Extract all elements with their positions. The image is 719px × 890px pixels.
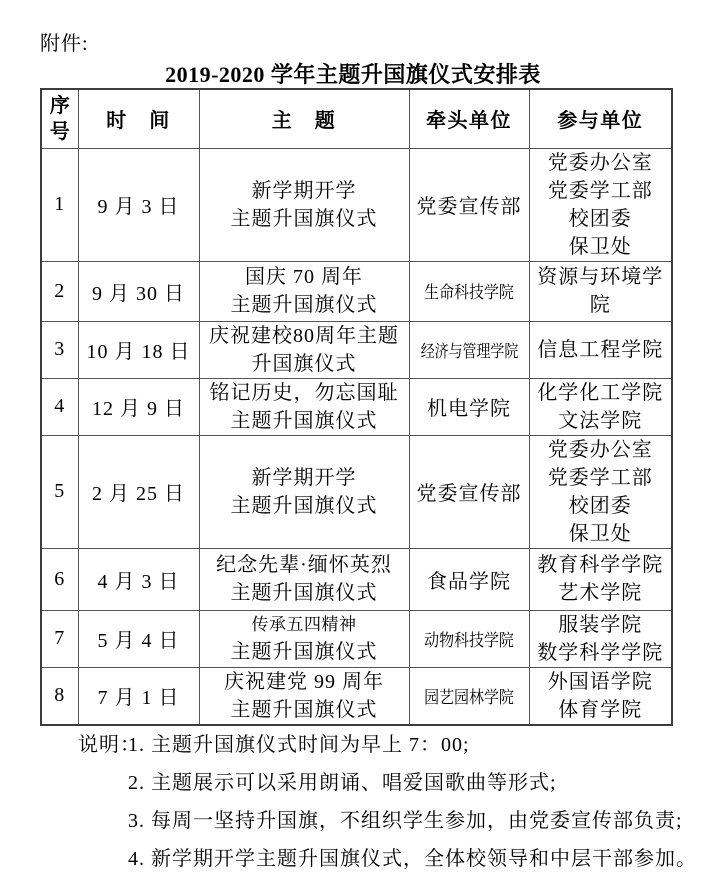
table-header-row: 序号 时 间 主 题 牵头单位 参与单位 xyxy=(41,89,672,148)
theme-line: 传承五四精神 xyxy=(200,612,409,638)
cell-theme: 纪念先辈·缅怀英烈 主题升国旗仪式 xyxy=(199,548,409,610)
cell-theme: 庆祝建党 99 周年 主题升国旗仪式 xyxy=(199,667,409,725)
note-line: 2. 主题展示可以采用朗诵、唱爱国歌曲等形式; xyxy=(78,764,697,802)
table-row: 1 9 月 3 日 新学期开学 主题升国旗仪式 党委宣传部 党委办公室 党委学工… xyxy=(41,148,672,261)
theme-line: 铭记历史，勿忘国耻 xyxy=(200,379,409,407)
cell-time: 4 月 3 日 xyxy=(78,548,199,610)
theme-line: 主题升国旗仪式 xyxy=(200,407,409,435)
cell-time: 9 月 30 日 xyxy=(78,261,199,321)
schedule-table: 序号 时 间 主 题 牵头单位 参与单位 1 9 月 3 日 新学期开学 主题升… xyxy=(40,88,673,726)
theme-line: 升国旗仪式 xyxy=(200,350,409,378)
lead-unit-text: 生命科技学院 xyxy=(424,278,514,303)
attachment-label: 附件: xyxy=(40,27,89,56)
theme-line: 主题升国旗仪式 xyxy=(200,696,409,724)
cell-lead-unit: 园艺园林学院 xyxy=(409,667,529,725)
cell-no: 5 xyxy=(41,435,78,548)
cell-no: 3 xyxy=(41,321,78,378)
participant-line: 党委办公室 xyxy=(530,436,672,464)
participant-line: 体育学院 xyxy=(530,696,672,724)
table-row: 4 12 月 9 日 铭记历史，勿忘国耻 主题升国旗仪式 机电学院 化学化工学院… xyxy=(41,378,672,435)
participant-line: 保卫处 xyxy=(530,233,672,261)
cell-participants: 教育科学学院 艺术学院 xyxy=(529,548,672,610)
theme-line: 纪念先辈·缅怀英烈 xyxy=(200,551,409,579)
cell-lead-unit: 经济与管理学院 xyxy=(409,321,529,378)
cell-theme: 传承五四精神 主题升国旗仪式 xyxy=(199,610,409,667)
cell-lead-unit: 生命科技学院 xyxy=(409,261,529,321)
theme-line: 主题升国旗仪式 xyxy=(200,492,409,520)
table-row: 2 9 月 30 日 国庆 70 周年 主题升国旗仪式 生命科技学院 资源与环境… xyxy=(41,261,672,321)
lead-unit-text: 园艺园林学院 xyxy=(424,683,514,708)
note-text: 3. 每周一坚持升国旗，不组织学生参加，由党委宣传部负责; xyxy=(128,810,683,832)
cell-lead-unit: 机电学院 xyxy=(409,378,529,435)
cell-lead-unit: 党委宣传部 xyxy=(409,435,529,548)
cell-participants: 服装学院 数学科学学院 xyxy=(529,610,672,667)
table-row: 3 10 月 18 日 庆祝建校80周年主题 升国旗仪式 经济与管理学院 信息工… xyxy=(41,321,672,378)
participant-line: 党委学工部 xyxy=(530,177,672,205)
cell-participants: 党委办公室 党委学工部 校团委 保卫处 xyxy=(529,435,672,548)
notes-label: 说明： xyxy=(78,726,128,764)
note-line: 说明：1. 主题升国旗仪式时间为早上 7：00; xyxy=(78,726,697,764)
participant-line: 党委办公室 xyxy=(530,149,672,177)
theme-line: 主题升国旗仪式 xyxy=(200,638,409,666)
table-row: 7 5 月 4 日 传承五四精神 主题升国旗仪式 动物科技学院 服装学院 数学科… xyxy=(41,610,672,667)
theme-line: 国庆 70 周年 xyxy=(200,263,409,291)
cell-theme: 铭记历史，勿忘国耻 主题升国旗仪式 xyxy=(199,378,409,435)
document-page: 附件: 2019-2020 学年主题升国旗仪式安排表 序号 时 间 主 题 牵头… xyxy=(0,0,719,890)
cell-time: 9 月 3 日 xyxy=(78,148,199,261)
cell-no: 2 xyxy=(41,261,78,321)
cell-lead-unit: 食品学院 xyxy=(409,548,529,610)
participant-line: 化学化工学院 xyxy=(530,379,672,407)
header-time: 时 间 xyxy=(78,89,199,148)
cell-participants: 化学化工学院 文法学院 xyxy=(529,378,672,435)
cell-theme: 庆祝建校80周年主题 升国旗仪式 xyxy=(199,321,409,378)
cell-no: 1 xyxy=(41,148,78,261)
cell-participants: 信息工程学院 xyxy=(529,321,672,378)
cell-lead-unit: 党委宣传部 xyxy=(409,148,529,261)
cell-theme: 新学期开学 主题升国旗仪式 xyxy=(199,435,409,548)
cell-theme: 新学期开学 主题升国旗仪式 xyxy=(199,148,409,261)
participant-line: 资源与环境学院 xyxy=(530,263,672,319)
header-theme: 主 题 xyxy=(199,89,409,148)
theme-line: 主题升国旗仪式 xyxy=(200,291,409,319)
participant-line: 保卫处 xyxy=(530,520,672,548)
note-line: 3. 每周一坚持升国旗，不组织学生参加，由党委宣传部负责; xyxy=(78,802,697,840)
cell-theme: 国庆 70 周年 主题升国旗仪式 xyxy=(199,261,409,321)
participant-line: 外国语学院 xyxy=(530,668,672,696)
theme-line: 主题升国旗仪式 xyxy=(200,579,409,607)
theme-line: 主题升国旗仪式 xyxy=(200,205,409,233)
cell-participants: 资源与环境学院 xyxy=(529,261,672,321)
cell-lead-unit: 动物科技学院 xyxy=(409,610,529,667)
participant-line: 信息工程学院 xyxy=(530,336,672,364)
cell-no: 7 xyxy=(41,610,78,667)
participant-line: 服装学院 xyxy=(530,611,672,639)
lead-unit-text: 动物科技学院 xyxy=(424,626,514,651)
participant-line: 艺术学院 xyxy=(530,579,672,607)
theme-line: 庆祝建校80周年主题 xyxy=(200,322,409,350)
lead-unit-text: 经济与管理学院 xyxy=(420,337,518,362)
cell-time: 5 月 4 日 xyxy=(78,610,199,667)
table-row: 8 7 月 1 日 庆祝建党 99 周年 主题升国旗仪式 园艺园林学院 外国语学… xyxy=(41,667,672,725)
page-title: 2019-2020 学年主题升国旗仪式安排表 xyxy=(40,58,666,89)
cell-time: 2 月 25 日 xyxy=(78,435,199,548)
participant-line: 校团委 xyxy=(530,205,672,233)
cell-time: 12 月 9 日 xyxy=(78,378,199,435)
notes-section: 说明：1. 主题升国旗仪式时间为早上 7：00; 2. 主题展示可以采用朗诵、唱… xyxy=(78,726,697,878)
note-line: 4. 新学期开学主题升国旗仪式，全体校领导和中层干部参加。 xyxy=(78,840,697,878)
cell-participants: 外国语学院 体育学院 xyxy=(529,667,672,725)
table-row: 6 4 月 3 日 纪念先辈·缅怀英烈 主题升国旗仪式 食品学院 教育科学学院 … xyxy=(41,548,672,610)
participant-line: 党委学工部 xyxy=(530,464,672,492)
participant-line: 数学科学学院 xyxy=(530,639,672,667)
participant-line: 文法学院 xyxy=(530,407,672,435)
theme-line: 新学期开学 xyxy=(200,177,409,205)
theme-line: 庆祝建党 99 周年 xyxy=(200,668,409,696)
note-text: 1. 主题升国旗仪式时间为早上 7：00; xyxy=(128,734,470,756)
participant-line: 教育科学学院 xyxy=(530,551,672,579)
header-lead-unit: 牵头单位 xyxy=(409,89,529,148)
note-text: 2. 主题展示可以采用朗诵、唱爱国歌曲等形式; xyxy=(128,772,557,794)
theme-line: 新学期开学 xyxy=(200,464,409,492)
header-no: 序号 xyxy=(41,89,78,148)
table-row: 5 2 月 25 日 新学期开学 主题升国旗仪式 党委宣传部 党委办公室 党委学… xyxy=(41,435,672,548)
header-participants: 参与单位 xyxy=(529,89,672,148)
cell-no: 4 xyxy=(41,378,78,435)
cell-no: 6 xyxy=(41,548,78,610)
cell-time: 7 月 1 日 xyxy=(78,667,199,725)
note-text: 4. 新学期开学主题升国旗仪式，全体校领导和中层干部参加。 xyxy=(128,848,697,870)
header-no-label: 序号 xyxy=(48,93,71,145)
cell-no: 8 xyxy=(41,667,78,725)
cell-participants: 党委办公室 党委学工部 校团委 保卫处 xyxy=(529,148,672,261)
cell-time: 10 月 18 日 xyxy=(78,321,199,378)
participant-line: 校团委 xyxy=(530,492,672,520)
